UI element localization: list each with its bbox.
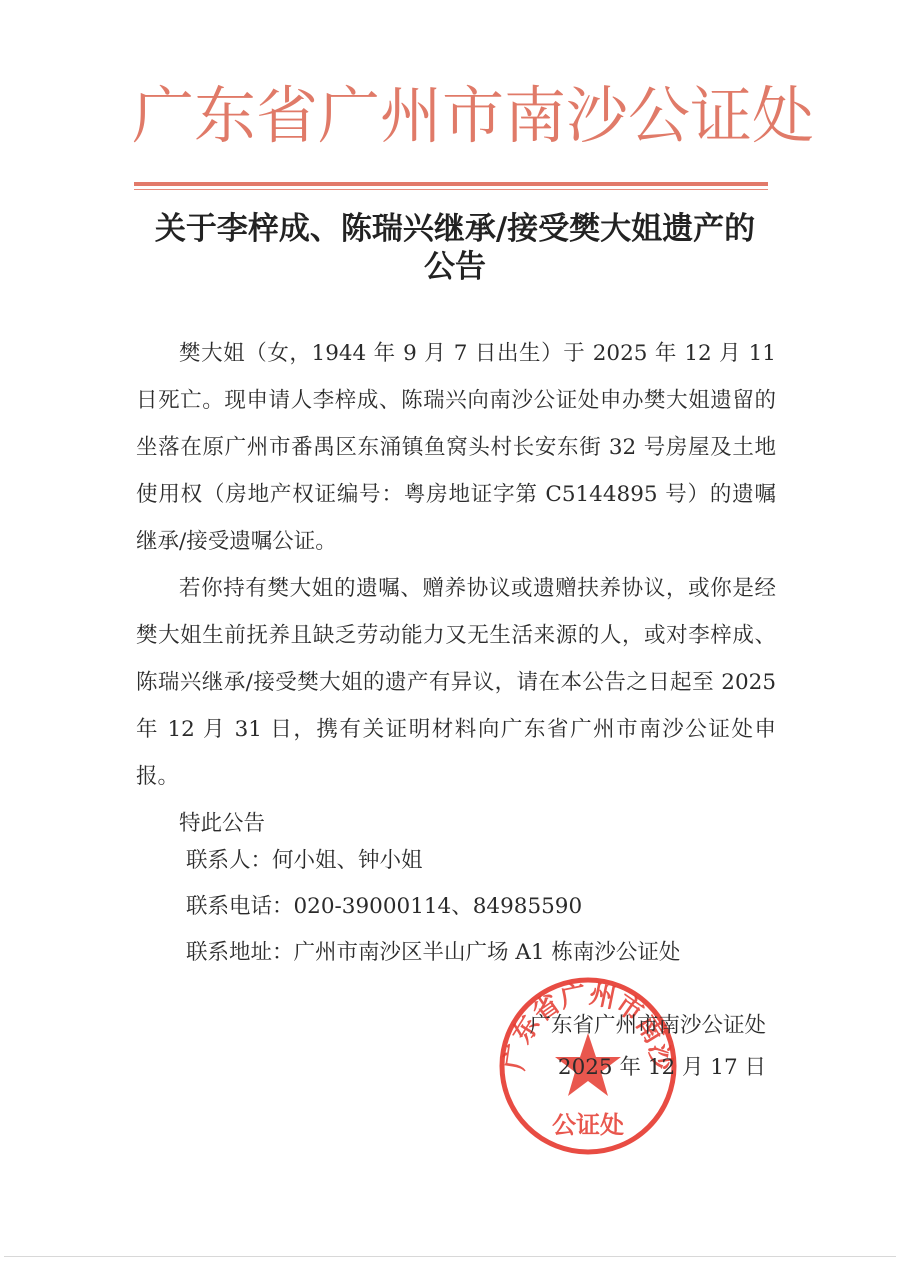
issuer-name: 广东省广州市南沙公证处 bbox=[500, 1005, 766, 1047]
contact-address: 联系地址：广州市南沙区半山广场 A1 栋南沙公证处 bbox=[186, 930, 680, 976]
issue-date: 2025 年 12 月 17 日 bbox=[500, 1047, 766, 1089]
notice-title: 关于李梓成、陈瑞兴继承/接受樊大姐遗产的 公告 bbox=[130, 210, 780, 286]
contact-phone: 联系电话：020-39000114、84985590 bbox=[186, 884, 680, 930]
notice-body: 樊大姐（女，1944 年 9 月 7 日出生）于 2025 年 12 月 11 … bbox=[136, 330, 776, 847]
signature-block: 广东省广州市南沙公证处 2025 年 12 月 17 日 bbox=[500, 1005, 766, 1089]
paragraph-1: 樊大姐（女，1944 年 9 月 7 日出生）于 2025 年 12 月 11 … bbox=[136, 330, 776, 565]
contact-person: 联系人：何小姐、钟小姐 bbox=[186, 838, 680, 884]
notice-title-line-2: 公告 bbox=[130, 248, 780, 286]
paragraph-2: 若你持有樊大姐的遗嘱、赠养协议或遗赠扶养协议，或你是经樊大姐生前抚养且缺乏劳动能… bbox=[136, 565, 776, 800]
letterhead-title: 广东省广州市南沙公证处 bbox=[132, 74, 772, 158]
notice-title-line-1: 关于李梓成、陈瑞兴继承/接受樊大姐遗产的 bbox=[130, 210, 780, 248]
page-bottom-edge bbox=[4, 1256, 896, 1257]
contact-info: 联系人：何小姐、钟小姐 联系电话：020-39000114、84985590 联… bbox=[186, 838, 680, 976]
seal-bottom-text: 公证处 bbox=[552, 1111, 624, 1139]
letterhead-rule-thick bbox=[134, 182, 768, 186]
letterhead-rule-thin bbox=[134, 189, 768, 190]
